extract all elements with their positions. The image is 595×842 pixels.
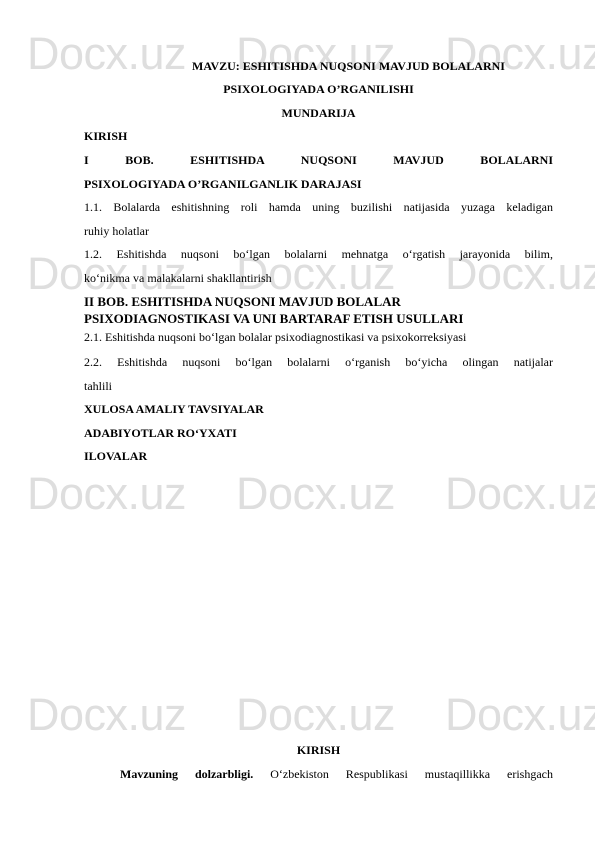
toc-item-1-1-line-2[interactable]: ruhiy holatlar xyxy=(84,224,553,238)
watermark: Docx.uz xyxy=(445,692,595,737)
watermark: Docx.uz xyxy=(27,471,186,516)
toc-item-references[interactable]: ADABIYOTLAR RO‘YXATI xyxy=(84,426,553,440)
toc-item-2-2-line-1[interactable]: 2.2. Eshitishda nuqsoni bo‘lgan bolalarn… xyxy=(84,355,553,369)
watermark: Docx.uz xyxy=(445,471,595,516)
document-title-line-1: MAVZU: ESHITISHDA NUQSONI MAVJUD BOLALAR… xyxy=(114,59,583,73)
watermark-layer: Docx.uz Docx.uz Docx.uz Docx.uz Docx.uz … xyxy=(0,0,595,842)
toc-item-2-1[interactable]: 2.1. Eshitishda nuqsoni bo‘lgan bolalar … xyxy=(84,330,553,344)
toc-item-kirish[interactable]: KIRISH xyxy=(84,129,553,143)
watermark: Docx.uz xyxy=(236,692,395,737)
intro-lead-bold: Mavzuning dolzarbligi. xyxy=(120,767,253,781)
toc-item-1-1-line-1[interactable]: 1.1. Bolalarda eshitishning roli hamda u… xyxy=(84,200,553,214)
toc-item-chapter-2-line-2[interactable]: PSIXODIAGNOSTIKASI VA UNI BARTARAF ETISH… xyxy=(84,311,553,326)
document-title-line-2: PSIXOLOGIYADA O’RGANILISHI xyxy=(84,82,553,96)
toc-item-1-2-line-2[interactable]: ko‘nikma va malakalarni shakllantirish xyxy=(84,271,553,285)
toc-item-1-2-line-1[interactable]: 1.2. Eshitishda nuqsoni bo‘lgan bolalarn… xyxy=(84,247,553,261)
toc-item-appendices[interactable]: ILOVALAR xyxy=(84,449,553,463)
toc-item-conclusion[interactable]: XULOSA AMALIY TAVSIYALAR xyxy=(84,402,553,416)
watermark: Docx.uz xyxy=(236,471,395,516)
toc-item-2-2-line-2[interactable]: tahlili xyxy=(84,379,553,393)
toc-item-chapter-1-line-2[interactable]: PSIXOLOGIYADA O’RGANILGANLIK DARAJASI xyxy=(84,177,553,191)
intro-heading: KIRISH xyxy=(84,743,553,757)
watermark: Docx.uz xyxy=(27,692,186,737)
toc-heading: MUNDARIJA xyxy=(84,106,553,120)
toc-item-chapter-2-line-1[interactable]: II BOB. ESHITISHDA NUQSONI MAVJUD BOLALA… xyxy=(84,294,553,309)
intro-paragraph: Mavzuning dolzarbligi. O‘zbekiston Respu… xyxy=(84,767,553,781)
intro-lead-text: O‘zbekiston Respublikasi mustaqillikka e… xyxy=(253,767,553,781)
toc-item-chapter-1-line-1[interactable]: I BOB. ESHITISHDA NUQSONI MAVJUD BOLALAR… xyxy=(84,153,553,167)
